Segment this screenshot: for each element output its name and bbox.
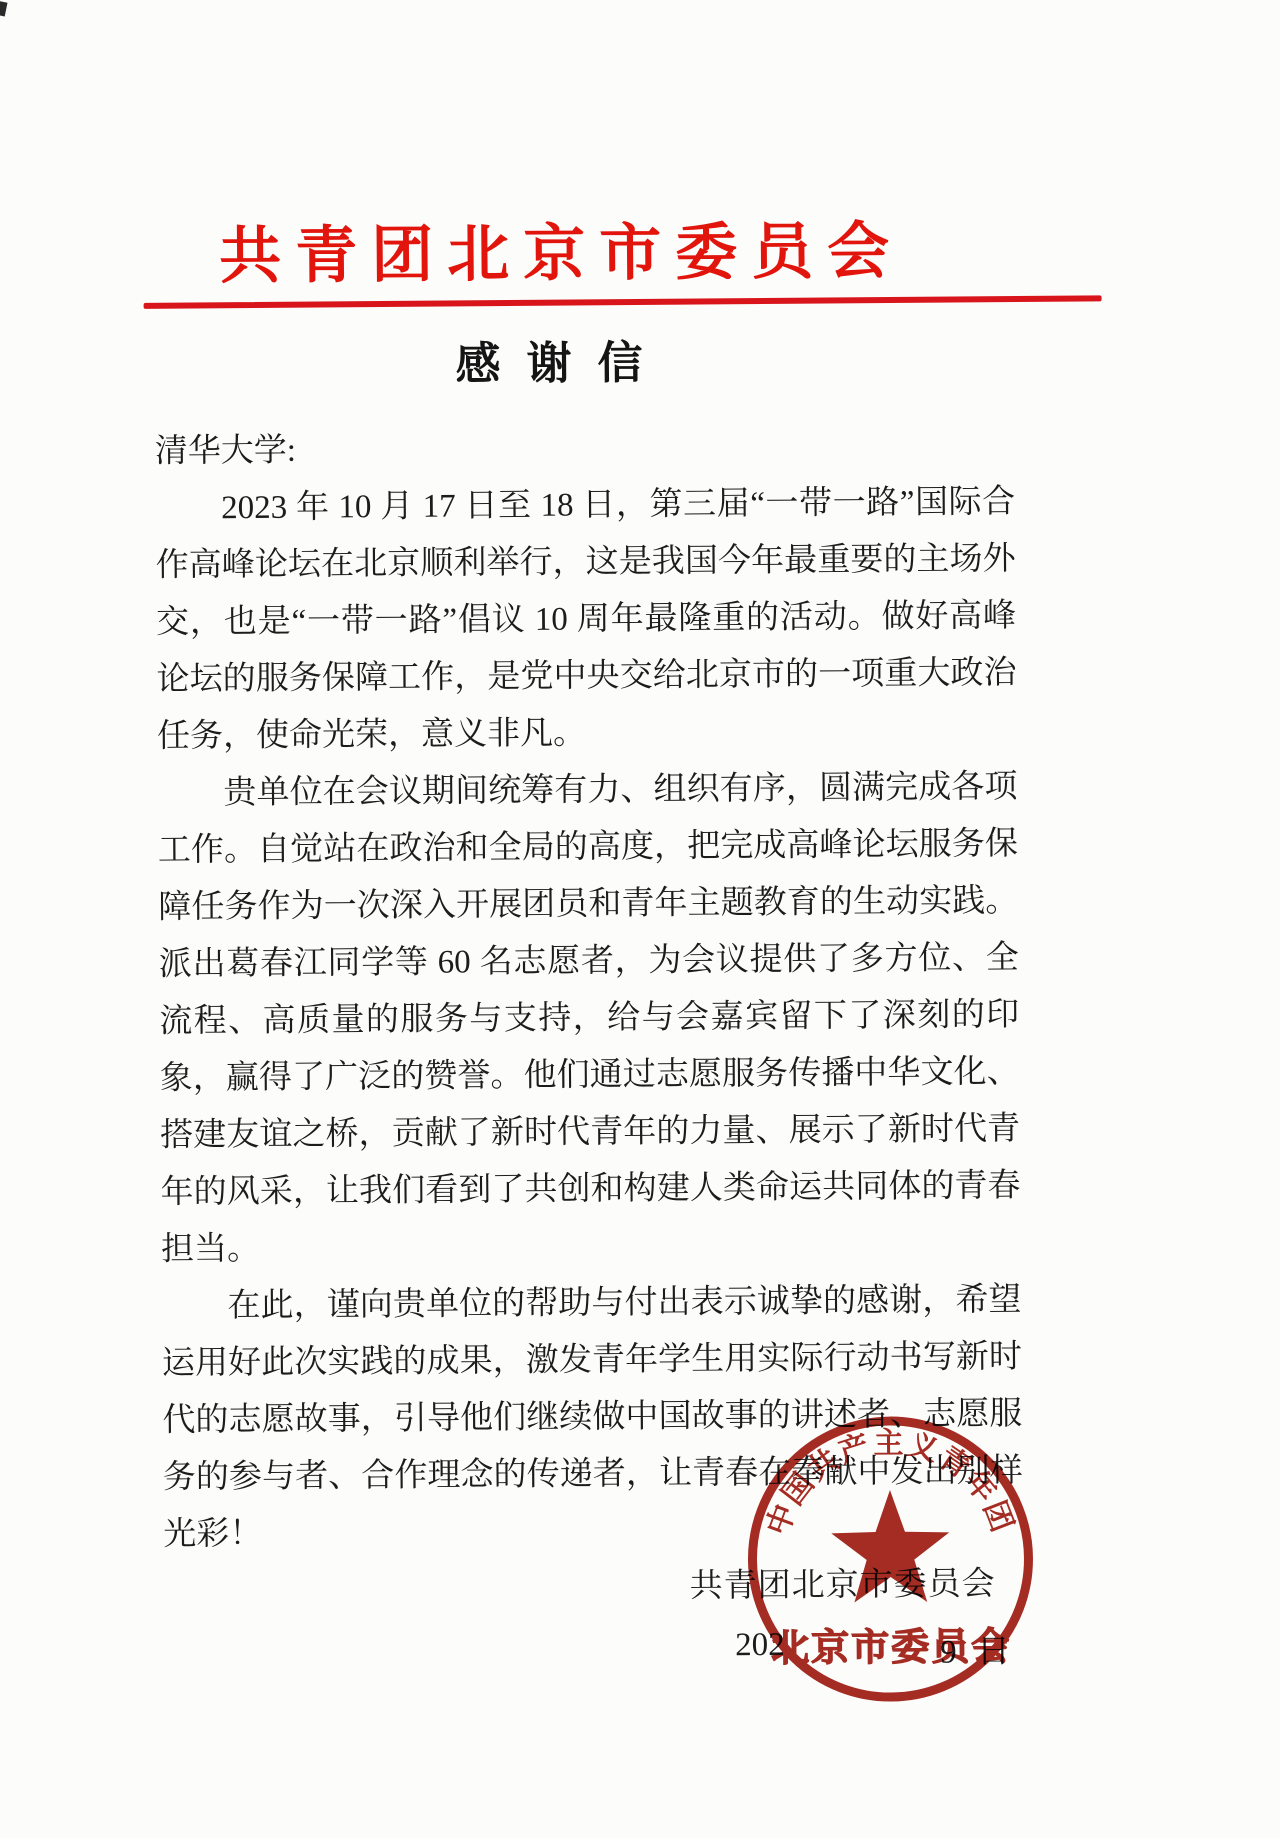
date-visible-end: 9 日	[940, 1625, 1016, 1673]
paragraph-1: 2023 年 10 月 17 日至 18 日，第三届“一带一路”国际合作高峰论坛…	[155, 474, 1017, 766]
paragraph-2: 贵单位在会议期间统筹有力、组织有序，圆满完成各项工作。自觉站在政治和全局的高度，…	[157, 759, 1021, 1279]
scanned-letter-page: 共青团北京市委员会 感谢信 清华大学: 2023 年 10 月 17 日至 18…	[0, 0, 1280, 1838]
signature-org-name: 共青团北京市委员会	[163, 1557, 995, 1611]
letterhead-org-title: 共青团北京市委员会	[0, 199, 1127, 297]
paragraph-3: 在此，谨向贵单位的帮助与付出表示诚挚的感谢，希望运用好此次实践的成果，激发青年学…	[161, 1272, 1023, 1564]
scan-content: 共青团北京市委员会 感谢信 清华大学: 2023 年 10 月 17 日至 18…	[0, 0, 1280, 1838]
letterhead-divider-rule	[144, 295, 1102, 309]
date-visible-start: 202	[735, 1627, 785, 1664]
scan-artifact	[0, 0, 8, 16]
letter-body: 清华大学: 2023 年 10 月 17 日至 18 日，第三届“一带一路”国际…	[155, 417, 1024, 1564]
document-title: 感谢信	[0, 322, 1127, 396]
salutation: 清华大学:	[155, 417, 1015, 481]
